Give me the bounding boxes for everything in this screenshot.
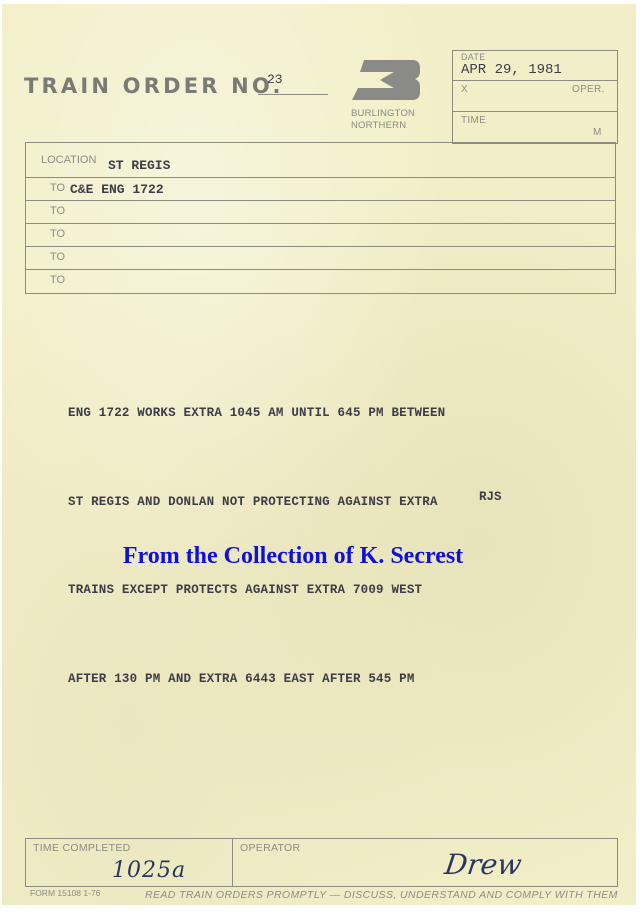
date-box-divider bbox=[452, 80, 618, 81]
message-line: AFTER 130 PM AND EXTRA 6443 EAST AFTER 5… bbox=[68, 665, 445, 695]
form-number: FORM 15108 1-76 bbox=[30, 888, 100, 898]
date-box-divider bbox=[452, 111, 618, 112]
logo-line-1: BURLINGTON bbox=[351, 108, 415, 120]
collection-watermark: From the Collection of K. Secrest bbox=[0, 543, 586, 570]
x-label: X bbox=[461, 84, 468, 95]
address-divider bbox=[25, 177, 616, 178]
time-label: TIME bbox=[461, 115, 486, 126]
order-number-underline bbox=[258, 94, 328, 95]
to-label: TO bbox=[50, 228, 65, 240]
address-divider bbox=[25, 200, 616, 201]
to-label: TO bbox=[50, 251, 65, 263]
message-line: TRAINS EXCEPT PROTECTS AGAINST EXTRA 700… bbox=[68, 576, 445, 606]
logo-line-2: NORTHERN bbox=[351, 120, 415, 132]
order-message: ENG 1722 WORKS EXTRA 1045 AM UNTIL 645 P… bbox=[68, 340, 445, 724]
address-divider bbox=[25, 223, 616, 224]
location-label: LOCATION bbox=[41, 154, 96, 166]
address-divider bbox=[25, 269, 616, 270]
to-label: TO bbox=[50, 274, 65, 286]
time-completed-label: TIME COMPLETED bbox=[33, 842, 131, 854]
oper-label: OPER. bbox=[572, 84, 605, 95]
dispatcher-initials: RJS bbox=[479, 490, 502, 504]
message-line: ST REGIS AND DONLAN NOT PROTECTING AGAIN… bbox=[68, 488, 445, 518]
completion-divider bbox=[232, 838, 233, 887]
footer-instruction: READ TRAIN ORDERS PROMPTLY — DISCUSS, UN… bbox=[145, 889, 618, 901]
to-value: C&E ENG 1722 bbox=[70, 182, 164, 197]
time-completed-value: 1025a bbox=[112, 858, 186, 883]
order-number: 23 bbox=[267, 72, 283, 87]
operator-signature: Drew bbox=[443, 848, 524, 881]
logo-wordmark: BURLINGTON NORTHERN bbox=[351, 108, 415, 132]
address-divider bbox=[25, 246, 616, 247]
location-value: ST REGIS bbox=[108, 158, 170, 173]
date-value: APR 29, 1981 bbox=[461, 62, 562, 78]
to-label: TO bbox=[50, 205, 65, 217]
date-label: DATE bbox=[461, 52, 486, 62]
operator-label: OPERATOR bbox=[240, 842, 300, 854]
message-line: ENG 1722 WORKS EXTRA 1045 AM UNTIL 645 P… bbox=[68, 399, 445, 429]
to-label: TO bbox=[50, 182, 65, 194]
burlington-northern-logo-icon bbox=[350, 58, 422, 102]
document-title: TRAIN ORDER NO. bbox=[24, 74, 284, 98]
m-label: M bbox=[593, 127, 602, 138]
